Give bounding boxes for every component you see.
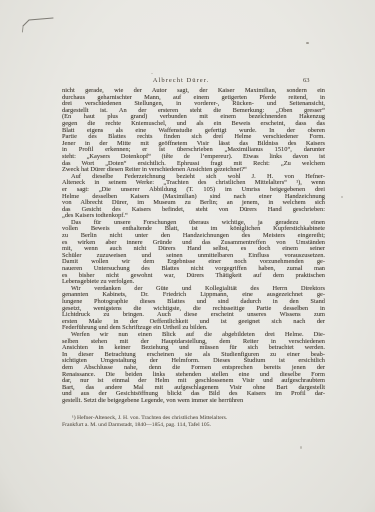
scan-speck <box>151 73 153 74</box>
footnote-line: Frankfurt a. M. und Darmstadt, 1840—1854… <box>62 422 325 429</box>
paragraph: nicht gerade, wie der Autor sagt, der Ka… <box>62 88 325 174</box>
scan-speck <box>341 196 343 198</box>
page-number: 63 <box>303 77 310 84</box>
scan-speck <box>306 42 309 44</box>
paragraph: Das für unsere Forschungen überaus wicht… <box>62 220 325 286</box>
scan-speck <box>300 446 302 449</box>
paragraph: Werfen wir nun einen Blick auf die abgeb… <box>62 332 325 405</box>
text-line: gestellt. Setzt die beigegebene Legende,… <box>62 398 325 405</box>
paragraph: Auf dieselbe Federzeichnung bezieht sich… <box>62 174 325 220</box>
pencil-mark <box>20 11 56 35</box>
footnote: ¹) Hefner-Alteneck, J. H. von. Trachten … <box>62 415 325 428</box>
scanned-page: Albrecht Dürer. 63 nicht gerade, wie der… <box>0 0 375 512</box>
text-block: nicht gerade, wie der Autor sagt, der Ka… <box>62 88 325 405</box>
running-head-title: Albrecht Dürer. <box>56 77 306 84</box>
paragraph: Wir verdanken der Güte und Kollegialität… <box>62 286 325 332</box>
